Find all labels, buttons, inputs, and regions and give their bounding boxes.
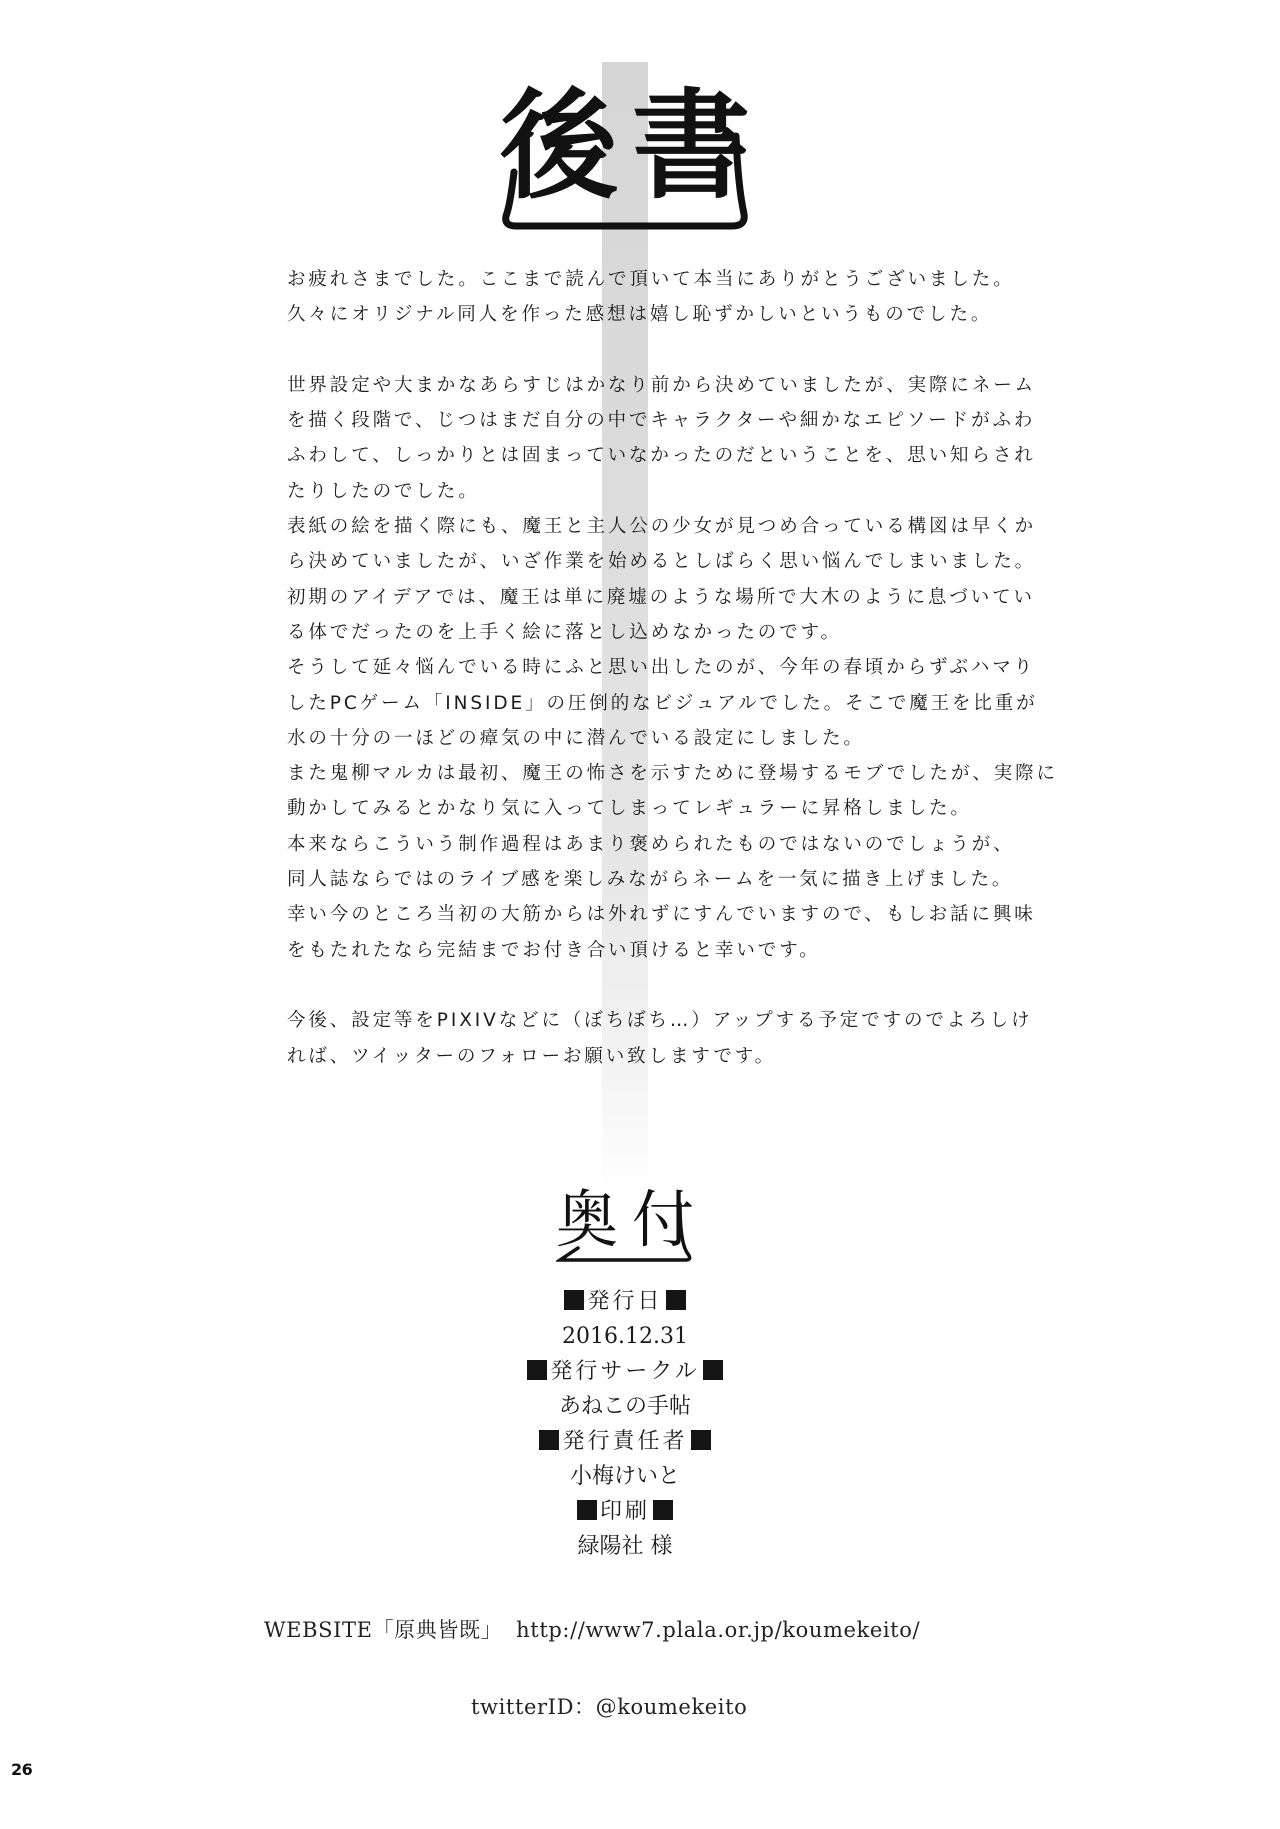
afterword-body: お疲れさまでした。ここまで読んで頂いて本当にありがとうございました。 久々にオリ… [287,262,1027,1074]
text-line: 世界設定や大まかなあらすじはかなり前から決めていましたが、実際にネーム [287,368,1027,403]
square-bullet-icon [539,1430,559,1450]
square-bullet-icon [564,1290,584,1310]
text-line [287,968,1027,1003]
circle-name: あねこの手帖 [425,1389,825,1424]
text-line: ら決めていましたが、いざ作業を始めるとしばらく思い悩んでしまいました。 [287,544,1027,579]
text-line: お疲れさまでした。ここまで読んで頂いて本当にありがとうございました。 [287,262,1027,297]
printer-name: 緑陽社 様 [425,1529,825,1564]
text-line: そうして延々悩んでいる時にふと思い出したのが、今年の春頃からずぶハマり [287,650,1027,685]
title-base-stroke-icon [500,76,750,232]
text-line: をもたれたなら完結までお付き合い頂けると幸いです。 [287,933,1027,968]
text-line: る体でだったのを上手く絵に落とし込めなかったのです。 [287,615,1027,650]
text-line: 表紙の絵を描く際にも、魔王と主人公の少女が見つめ合っている構図は早くか [287,509,1027,544]
square-bullet-icon [691,1430,711,1450]
text-line: 幸い今のところ当初の大筋からは外れずにすんでいますので、もしお話に興味 [287,897,1027,932]
text-line: 本来ならこういう制作過程はあまり褒められたものではないのでしょうが、 [287,827,1027,862]
website-url[interactable]: http://www7.plala.or.jp/koumekeito/ [516,1618,920,1642]
square-bullet-icon [703,1360,723,1380]
text-line: を描く段階で、じつはまだ自分の中でキャラクターや細かなエピソードがふわ [287,403,1027,438]
website-label: WEBSITE「原典皆既」 [264,1618,502,1642]
text-line: 動かしてみるとかなり気に入ってしまってレギュラーに昇格しました。 [287,791,1027,826]
printer-label: 印刷 [600,1499,650,1524]
square-bullet-icon [527,1360,547,1380]
colophon-base-stroke-icon [556,1184,694,1266]
publisher-heading: 発行責任者 [425,1424,825,1459]
circle-label: 発行サークル [550,1359,699,1384]
text-line: また鬼柳マルカは最初、魔王の怖さを示すために登場するモブでしたが、実際に [287,756,1027,791]
text-line: 水の十分の一ほどの瘴気の中に潜んでいる設定にしました。 [287,721,1027,756]
twitter-id[interactable]: twitterID：@koumekeito [471,1691,747,1721]
publish-date: 2016.12.31 [425,1319,825,1354]
text-line [287,333,1027,368]
text-line: 初期のアイデアでは、魔王は単に廃墟のような場所で大木のように息づいてい [287,580,1027,615]
page-number: 26 [11,1760,32,1779]
text-line: 久々にオリジナル同人を作った感想は嬉し恥ずかしいというものでした。 [287,297,1027,332]
circle-heading: 発行サークル [425,1354,825,1389]
text-line: たりしたのでした。 [287,474,1027,509]
printer-heading: 印刷 [425,1494,825,1529]
text-line: 同人誌ならではのライブ感を楽しみながらネームを一気に描き上げました。 [287,862,1027,897]
text-line: したPCゲーム「INSIDE」の圧倒的なビジュアルでした。そこで魔王を比重が [287,686,1027,721]
square-bullet-icon [666,1290,686,1310]
publisher-name: 小梅けいと [425,1459,825,1494]
colophon-block: 発行日 2016.12.31 発行サークル あねこの手帖 発行責任者 小梅けいと… [425,1284,825,1564]
square-bullet-icon [577,1500,597,1520]
website-line: WEBSITE「原典皆既」http://www7.plala.or.jp/kou… [264,1614,994,1644]
text-line: 今後、設定等をPIXIVなどに（ぼちぼち…）アップする予定ですのでよろしけ [287,1003,1027,1038]
publish-date-heading: 発行日 [425,1284,825,1319]
square-bullet-icon [653,1500,673,1520]
publisher-label: 発行責任者 [562,1429,687,1454]
afterword-title: 後 書 [500,76,750,232]
text-line: れば、ツイッターのフォローお願い致しますです。 [287,1039,1027,1074]
text-line: ふわして、しっかりとは固まっていなかったのだということを、思い知らされ [287,438,1027,473]
publish-date-label: 発行日 [587,1289,662,1314]
colophon-title: 奥 付 [556,1184,694,1266]
